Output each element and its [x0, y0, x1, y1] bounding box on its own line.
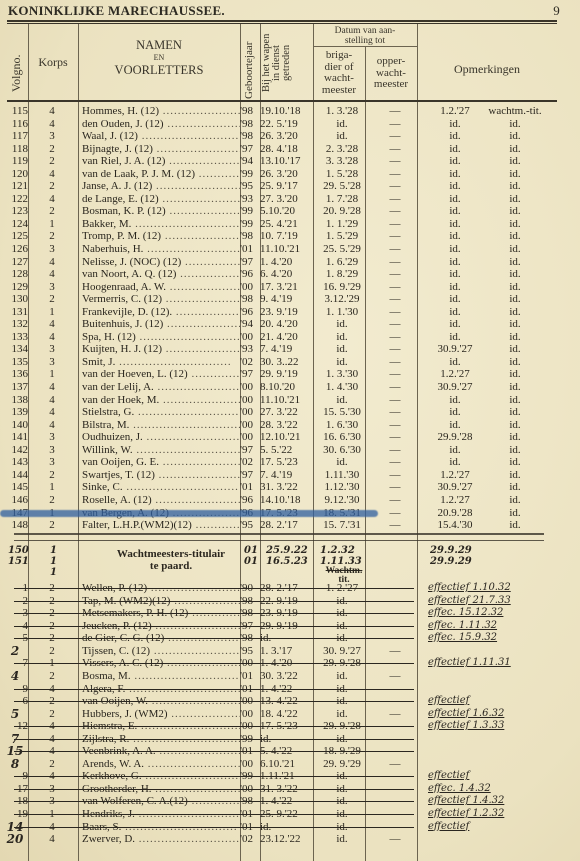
handwritten-remark: effectief 1.11.31: [428, 657, 511, 670]
remark-cell: id.: [480, 469, 550, 482]
table-row: 52de Gier, C. G. (12) ..................…: [0, 632, 580, 645]
remark-date-cell: id.: [425, 394, 485, 407]
brigadier-date-cell: 29. 9.'29: [315, 758, 369, 771]
korps-cell: 4: [28, 406, 76, 419]
leader-dots: ..............................: [188, 368, 240, 380]
header-datum-group: Datum van aan- stelling tot: [313, 26, 417, 46]
remark-date-cell: id.: [425, 356, 485, 369]
opperwachtmeester-cell: —: [370, 155, 420, 168]
table-row: 74Zijlstra, R. .........................…: [0, 733, 580, 746]
table-row: 204Zwerver, D. .........................…: [0, 833, 580, 846]
table-row: 191Hendriks, J. ........................…: [0, 808, 580, 821]
name-text: Falter, L.H.P.(WM2)(12): [82, 519, 192, 531]
geboortejaar-cell: '97: [240, 469, 260, 482]
name-text: van Riel, J. A. (12): [82, 155, 165, 167]
datum-group-rule: [313, 46, 417, 47]
handwritten-remark: effectief: [428, 770, 469, 783]
geboortejaar-cell: '95: [240, 519, 260, 532]
in-dienst-cell: 20. 4.'20: [260, 318, 314, 331]
handwritten-geboortejaar: 01: [244, 556, 258, 567]
remark-cell: id.: [480, 331, 550, 344]
volgno-cell: 5: [4, 708, 26, 721]
header-namen-line: EN: [78, 53, 240, 63]
handwritten-remark: effectief 1.3.33: [428, 720, 504, 733]
opperwachtmeester-cell: —: [370, 368, 420, 381]
brigadier-date-cell: 20. 9.'28: [315, 205, 369, 218]
table-row: 82Arends, W. A. ........................…: [0, 758, 580, 771]
name-cell: Buitenhuis, J. (12) ....................…: [82, 318, 240, 331]
in-dienst-cell: 1. 3.'17: [260, 645, 314, 658]
name-text: Buitenhuis, J. (12): [82, 318, 163, 330]
strikethrough-line: [14, 814, 414, 815]
geboortejaar-cell: '01: [240, 670, 260, 683]
remark-date-cell: id.: [425, 243, 485, 256]
strikethrough-line: [14, 751, 414, 752]
name-cell: Kuijten, H. J. (12) ....................…: [82, 343, 240, 356]
name-text: Naberhuis, H.: [82, 243, 143, 255]
header-brigadier: briga- dier of wacht- meester: [313, 50, 365, 96]
volgno-cell: 4: [4, 670, 26, 683]
korps-cell: 4: [28, 381, 76, 394]
table-row: 22Tijssen, C. (12) .....................…: [0, 645, 580, 658]
name-cell: Swartjes, T. (12) ......................…: [82, 469, 240, 482]
leader-dots: ..............................: [168, 708, 240, 720]
korps-cell: 2: [28, 645, 76, 658]
scribbled-row: [0, 532, 580, 545]
leader-dots: ..............................: [134, 406, 240, 418]
name-cell: Oudhuizen, J. ..........................…: [82, 431, 240, 444]
table-row: 42Bosma, M. ............................…: [0, 670, 580, 683]
name-text: Stielstra, G.: [82, 406, 134, 418]
geboortejaar-cell: '96: [240, 268, 260, 281]
in-dienst-cell: 9. 4.'19: [260, 293, 314, 306]
table-row: 154Veenbrink, A. A. ....................…: [0, 745, 580, 758]
register-table: 1154Hommes, H. (12) ....................…: [0, 105, 580, 846]
table-row: 1293Hoogenraad, A. W. ..................…: [0, 281, 580, 294]
table-row: 1302Vermerris, C. (12) .................…: [0, 293, 580, 306]
table-row: 52Hubbers, J. (WM2) ....................…: [0, 708, 580, 721]
section-title-line: Wachtmeesters-titulair: [96, 548, 246, 560]
opperwachtmeester-cell: —: [370, 431, 420, 444]
table-row: 1241Bakker, M. .........................…: [0, 218, 580, 231]
name-text: Willink, W.: [82, 444, 133, 456]
opperwachtmeester-cell: —: [370, 105, 420, 118]
volgno-cell: 139: [8, 406, 28, 419]
table-row: 1164den Ouden, J. (12) .................…: [0, 118, 580, 131]
volgno-cell: 141: [8, 431, 28, 444]
opperwachtmeester-cell: —: [370, 318, 420, 331]
name-text: van der Lelij, A.: [82, 381, 154, 393]
table-row: 1263Naberhuis, H. ......................…: [0, 243, 580, 256]
blue-pen-strike: [0, 510, 378, 517]
brigadier-date-cell: 1. 1.'29: [315, 218, 369, 231]
volgno-cell: 145: [8, 481, 28, 494]
volgno-cell: 144: [8, 469, 28, 482]
volgno-cell: 116: [8, 118, 28, 131]
remark-date-cell: id.: [425, 143, 485, 156]
volgno-cell: 132: [8, 318, 28, 331]
handwritten-korps: 1: [50, 545, 57, 556]
name-cell: Zwerver, D. ............................…: [82, 833, 240, 846]
handwritten-korps: 1: [50, 567, 57, 578]
name-cell: Bosma, M. ..............................: [82, 670, 240, 683]
name-text: Swartjes, T. (12): [82, 469, 155, 481]
geboortejaar-cell: '96: [240, 306, 260, 319]
korps-cell: 2: [28, 670, 76, 683]
volgno-cell: 131: [8, 306, 28, 319]
volgno-cell: 124: [8, 218, 28, 231]
opperwachtmeester-cell: —: [370, 230, 420, 243]
brigadier-date-cell: 1. 5.'29: [315, 230, 369, 243]
leader-dots: ..............................: [129, 419, 240, 431]
brigadier-date-cell: id.: [315, 343, 369, 356]
name-text: Frankevijle, D. (12).: [82, 306, 172, 318]
in-dienst-cell: 6.10.'21: [260, 758, 314, 771]
handwritten-remark: effectief 1.6.32: [428, 708, 504, 721]
table-row: 1204van de Laak, P. J. M. (12) .........…: [0, 168, 580, 181]
name-text: den Ouden, J. (12): [82, 118, 164, 130]
volgno-cell: 142: [8, 444, 28, 457]
remark-cell: id.: [480, 318, 550, 331]
korps-cell: 2: [28, 230, 76, 243]
brigadier-date-cell: 1. 3.'30: [315, 368, 369, 381]
geboortejaar-cell: '95: [240, 645, 260, 658]
section-title-line: te paard.: [96, 560, 246, 572]
opperwachtmeester-cell: —: [370, 218, 420, 231]
opperwachtmeester-cell: —: [370, 243, 420, 256]
name-cell: Janse, A. J. (12) ......................…: [82, 180, 240, 193]
strikethrough-line: [14, 601, 414, 602]
in-dienst-cell: 26. 3.'20: [260, 168, 314, 181]
remark-cell: id.: [480, 281, 550, 294]
handwritten-remark: effectief: [428, 695, 469, 708]
name-cell: Sinke, C. ..............................: [82, 481, 240, 494]
leader-dots: ..............................: [133, 444, 240, 456]
name-cell: Stielstra, G. ..........................…: [82, 406, 240, 419]
remark-date-cell: id.: [425, 444, 485, 457]
remark-date-cell: id.: [425, 318, 485, 331]
remark-date-cell: 20.9.'28: [425, 507, 485, 520]
opperwachtmeester-cell: —: [370, 670, 420, 683]
name-text: Hommes, H. (12): [82, 105, 159, 117]
brigadier-date-cell: 30. 9.'27: [315, 645, 369, 658]
geboortejaar-cell: '97: [240, 143, 260, 156]
brigadier-date-cell: id.: [315, 356, 369, 369]
korps-cell: 2: [28, 205, 76, 218]
strikethrough-line: [14, 663, 414, 664]
geboortejaar-cell: '00: [240, 406, 260, 419]
volgno-cell: 137: [8, 381, 28, 394]
remark-cell: id.: [480, 519, 550, 532]
remark-cell: id.: [480, 218, 550, 231]
remark-cell: id.: [480, 444, 550, 457]
opperwachtmeester-cell: —: [370, 833, 420, 846]
name-text: de Lange, E. (12): [82, 193, 159, 205]
opperwachtmeester-cell: —: [370, 331, 420, 344]
table-row: 1394Stielstra, G. ......................…: [0, 406, 580, 419]
volgno-cell: 128: [8, 268, 28, 281]
opperwachtmeester-cell: —: [370, 406, 420, 419]
remark-date-cell: id.: [425, 331, 485, 344]
leader-dots: ..............................: [131, 670, 240, 682]
korps-cell: 2: [28, 519, 76, 532]
remark-cell: id.: [480, 118, 550, 131]
strikethrough-line: [14, 613, 414, 614]
geboortejaar-cell: '01: [240, 481, 260, 494]
in-dienst-cell: 17. 5.'23: [260, 456, 314, 469]
table-row: 1284van Noort, A. Q. (12) ..............…: [0, 268, 580, 281]
remark-date-cell: 30.9.'27: [425, 343, 485, 356]
name-text: Sinke, C.: [82, 481, 123, 493]
geboortejaar-cell: '02: [240, 833, 260, 846]
name-cell: Smit, J. ..............................: [82, 356, 240, 369]
remark-cell: id.: [480, 431, 550, 444]
remark-cell: id.: [480, 381, 550, 394]
table-row: 1413Oudhuizen, J. ......................…: [0, 431, 580, 444]
korps-cell: 2: [28, 708, 76, 721]
korps-cell: 2: [28, 180, 76, 193]
handwritten-brigadier-date: 1.2.32: [320, 545, 355, 556]
table-row: 1462Roselle, A. (12) ...................…: [0, 494, 580, 507]
opperwachtmeester-cell: —: [370, 143, 420, 156]
volgno-cell: 8: [4, 758, 26, 771]
table-row: 1442Swartjes, T. (12) ..................…: [0, 469, 580, 482]
in-dienst-cell: 7. 4.'19: [260, 469, 314, 482]
volgno-cell: 121: [8, 180, 28, 193]
geboortejaar-cell: '98: [240, 118, 260, 131]
brigadier-date-cell: 30. 6.'30: [315, 444, 369, 457]
remark-cell: id.: [480, 143, 550, 156]
remark-date-cell: id.: [425, 293, 485, 306]
geboortejaar-cell: '97: [240, 368, 260, 381]
brigadier-date-cell: 1. 6.'30: [315, 419, 369, 432]
geboortejaar-cell: '00: [240, 431, 260, 444]
table-row: 22Tap, M. (WM2)(12) ....................…: [0, 595, 580, 608]
handwritten-dienst-date: 16.5.23: [266, 556, 308, 567]
in-dienst-cell: 28. 4.'18: [260, 143, 314, 156]
table-row: 94Kerkhove, G. .........................…: [0, 770, 580, 783]
brigadier-date-cell: 1. 8.'29: [315, 268, 369, 281]
volgno-cell: 133: [8, 331, 28, 344]
remark-cell: id.: [480, 494, 550, 507]
name-cell: Waal, J. (12) ..........................…: [82, 130, 240, 143]
brigadier-date-cell: 1.12.'30: [315, 481, 369, 494]
geboortejaar-cell: '00: [240, 419, 260, 432]
table-row: 1404Bilstra, M. ........................…: [0, 419, 580, 432]
leader-dots: ..............................: [163, 318, 240, 330]
volgno-cell: 148: [8, 519, 28, 532]
korps-cell: 4: [28, 118, 76, 131]
section-heading-row: Wachtmeesters-titulairte paard.15010125.…: [0, 544, 580, 582]
header-korps: Korps: [28, 55, 78, 70]
geboortejaar-cell: '98: [240, 105, 260, 118]
korps-cell: 2: [28, 494, 76, 507]
name-text: Bilstra, M.: [82, 419, 129, 431]
korps-cell: 3: [28, 431, 76, 444]
geboortejaar-cell: '02: [240, 356, 260, 369]
in-dienst-cell: 28. 3.'22: [260, 419, 314, 432]
handwritten-geboortejaar: 01: [244, 545, 258, 556]
opperwachtmeester-cell: —: [370, 758, 420, 771]
handwritten-remark: 29.9.29: [430, 556, 472, 567]
opperwachtmeester-cell: —: [370, 343, 420, 356]
header-datum-line: Datum van aan-: [313, 26, 417, 36]
table-row: 1433van Ooijen, G. E. ..................…: [0, 456, 580, 469]
korps-cell: 3: [28, 444, 76, 457]
geboortejaar-cell: '99: [240, 205, 260, 218]
table-row: 71Vissers, A. C. (12) ..................…: [0, 657, 580, 670]
brigadier-date-cell: id.: [315, 331, 369, 344]
volgno-cell: 120: [8, 168, 28, 181]
in-dienst-cell: 28. 2.'17: [260, 519, 314, 532]
header-brigadier-line: briga-: [313, 50, 365, 62]
header-namen-line: VOORLETTERS: [78, 63, 240, 78]
handwritten-volgno: 150: [8, 545, 29, 556]
name-cell: van de Laak, P. J. M. (12) .............…: [82, 168, 240, 181]
opperwachtmeester-cell: —: [370, 356, 420, 369]
brigadier-date-cell: 1. 7.'28: [315, 193, 369, 206]
name-text: van de Laak, P. J. M. (12): [82, 168, 195, 180]
geboortejaar-cell: '98: [240, 293, 260, 306]
table-row: 1334Spa, H. (12) .......................…: [0, 331, 580, 344]
name-text: Bosma, M.: [82, 670, 131, 682]
in-dienst-cell: 11.10.'21: [260, 394, 314, 407]
brigadier-date-cell: 2. 3.'28: [315, 143, 369, 156]
in-dienst-cell: 27. 3.'20: [260, 193, 314, 206]
table-row: 1173Waal, J. (12) ......................…: [0, 130, 580, 143]
leader-dots: ..............................: [159, 193, 240, 205]
geboortejaar-cell: '95: [240, 180, 260, 193]
header-in-dienst-line: getreden: [281, 45, 292, 81]
geboortejaar-cell: '99: [240, 168, 260, 181]
name-text: Janse, A. J. (12): [82, 180, 152, 192]
volgno-cell: 117: [8, 130, 28, 143]
name-cell: Bijnagte, J. (12) ......................…: [82, 143, 240, 156]
table-row: 1182Bijnagte, J. (12) ..................…: [0, 143, 580, 156]
remark-date-cell: id.: [425, 230, 485, 243]
leader-dots: ..............................: [165, 155, 240, 167]
leader-dots: ..............................: [152, 494, 240, 506]
name-text: van der Hoek, M.: [82, 394, 159, 406]
remark-cell: id.: [480, 356, 550, 369]
handwritten-korps: 1: [50, 556, 57, 567]
geboortejaar-cell: '00: [240, 331, 260, 344]
name-cell: Naberhuis, H. ..........................…: [82, 243, 240, 256]
korps-cell: 2: [28, 143, 76, 156]
remark-date-cell: 1.2.'27: [425, 368, 485, 381]
header-datum-line: stelling tot: [313, 36, 417, 46]
in-dienst-cell: 30. 3.'22: [260, 670, 314, 683]
name-cell: Hoogenraad, A. W. ......................…: [82, 281, 240, 294]
remark-date-cell: id.: [425, 281, 485, 294]
table-row: 1384van der Hoek, M. ...................…: [0, 394, 580, 407]
name-text: Arends, W. A.: [82, 758, 144, 770]
korps-cell: 3: [28, 356, 76, 369]
leader-dots: ..............................: [143, 431, 240, 443]
name-text: Smit, J.: [82, 356, 115, 368]
brigadier-date-cell: 3. 3.'28: [315, 155, 369, 168]
section-title: Wachtmeesters-titulairte paard.: [96, 548, 246, 572]
name-text: Kuijten, H. J. (12): [82, 343, 162, 355]
remark-cell: id.: [480, 456, 550, 469]
geboortejaar-cell: '02: [240, 456, 260, 469]
korps-cell: 4: [28, 419, 76, 432]
table-row: 1374van der Lelij, A. ..................…: [0, 381, 580, 394]
opperwachtmeester-cell: —: [370, 293, 420, 306]
leader-dots: ..............................: [154, 381, 240, 393]
name-cell: den Ouden, J. (12) .....................…: [82, 118, 240, 131]
volgno-cell: 2: [4, 645, 26, 658]
brigadier-date-cell: id.: [315, 394, 369, 407]
remark-cell: id.: [480, 256, 550, 269]
strikethrough-line: [14, 801, 414, 802]
strikethrough-line: [14, 588, 414, 589]
opperwachtmeester-cell: —: [370, 519, 420, 532]
header-opper-line: opper-: [365, 56, 417, 68]
handwritten-remark: 29.9.29: [430, 545, 472, 556]
remark-date-cell: id.: [425, 118, 485, 131]
leader-dots: ..............................: [115, 356, 231, 368]
remark-date-cell: 1.2.'27: [425, 494, 485, 507]
handwritten-remark: effec. 1.4.32: [428, 783, 491, 796]
name-text: Oudhuizen, J.: [82, 431, 143, 443]
korps-cell: 4: [28, 331, 76, 344]
in-dienst-cell: 8.10.'20: [260, 381, 314, 394]
header-volgno: Volgno.: [9, 36, 24, 92]
table-row: 1361van der Hoeven, L. (12) ............…: [0, 368, 580, 381]
name-cell: Tromp, P. M. (12) ......................…: [82, 230, 240, 243]
korps-cell: 4: [28, 318, 76, 331]
name-text: Zwerver, D.: [82, 833, 135, 845]
korps-cell: 4: [28, 105, 76, 118]
korps-cell: 4: [28, 268, 76, 281]
in-dienst-cell: 27. 3.'22: [260, 406, 314, 419]
remark-cell: id.: [480, 180, 550, 193]
korps-cell: 3: [28, 281, 76, 294]
name-cell: Roselle, A. (12) .......................…: [82, 494, 240, 507]
geboortejaar-cell: '00: [240, 381, 260, 394]
name-cell: van Noort, A. Q. (12) ..................…: [82, 268, 240, 281]
opperwachtmeester-cell: —: [370, 456, 420, 469]
in-dienst-cell: 13.10.'17: [260, 155, 314, 168]
korps-cell: 1: [28, 481, 76, 494]
brigadier-date-cell: id.: [315, 318, 369, 331]
geboortejaar-cell: '00: [240, 708, 260, 721]
remark-date-cell: id.: [425, 306, 485, 319]
geboortejaar-cell: '93: [240, 193, 260, 206]
volgno-cell: 140: [8, 419, 28, 432]
in-dienst-cell: 23. 9.'19: [260, 306, 314, 319]
table-row: 62van Ooijen, W. .......................…: [0, 695, 580, 708]
remark-date-cell: id.: [425, 268, 485, 281]
volgno-cell: 118: [8, 143, 28, 156]
header-rule-thin: [7, 23, 557, 24]
handwritten-dienst-date: 25.9.22: [266, 545, 308, 556]
remark-cell: id.: [480, 368, 550, 381]
korps-cell: 3: [28, 130, 76, 143]
name-text: Waal, J. (12): [82, 130, 138, 142]
name-cell: Frankevijle, D. (12). ..................…: [82, 306, 240, 319]
brigadier-date-cell: id.: [315, 708, 369, 721]
name-text: Spa, H. (12): [82, 331, 136, 343]
name-cell: Hommes, H. (12) ........................…: [82, 105, 240, 118]
leader-dots: ..............................: [155, 469, 240, 481]
brigadier-date-cell: id.: [315, 670, 369, 683]
opperwachtmeester-cell: —: [370, 268, 420, 281]
geboortejaar-cell: '96: [240, 494, 260, 507]
name-cell: Bilstra, M. ............................…: [82, 419, 240, 432]
volgno-cell: 130: [8, 293, 28, 306]
